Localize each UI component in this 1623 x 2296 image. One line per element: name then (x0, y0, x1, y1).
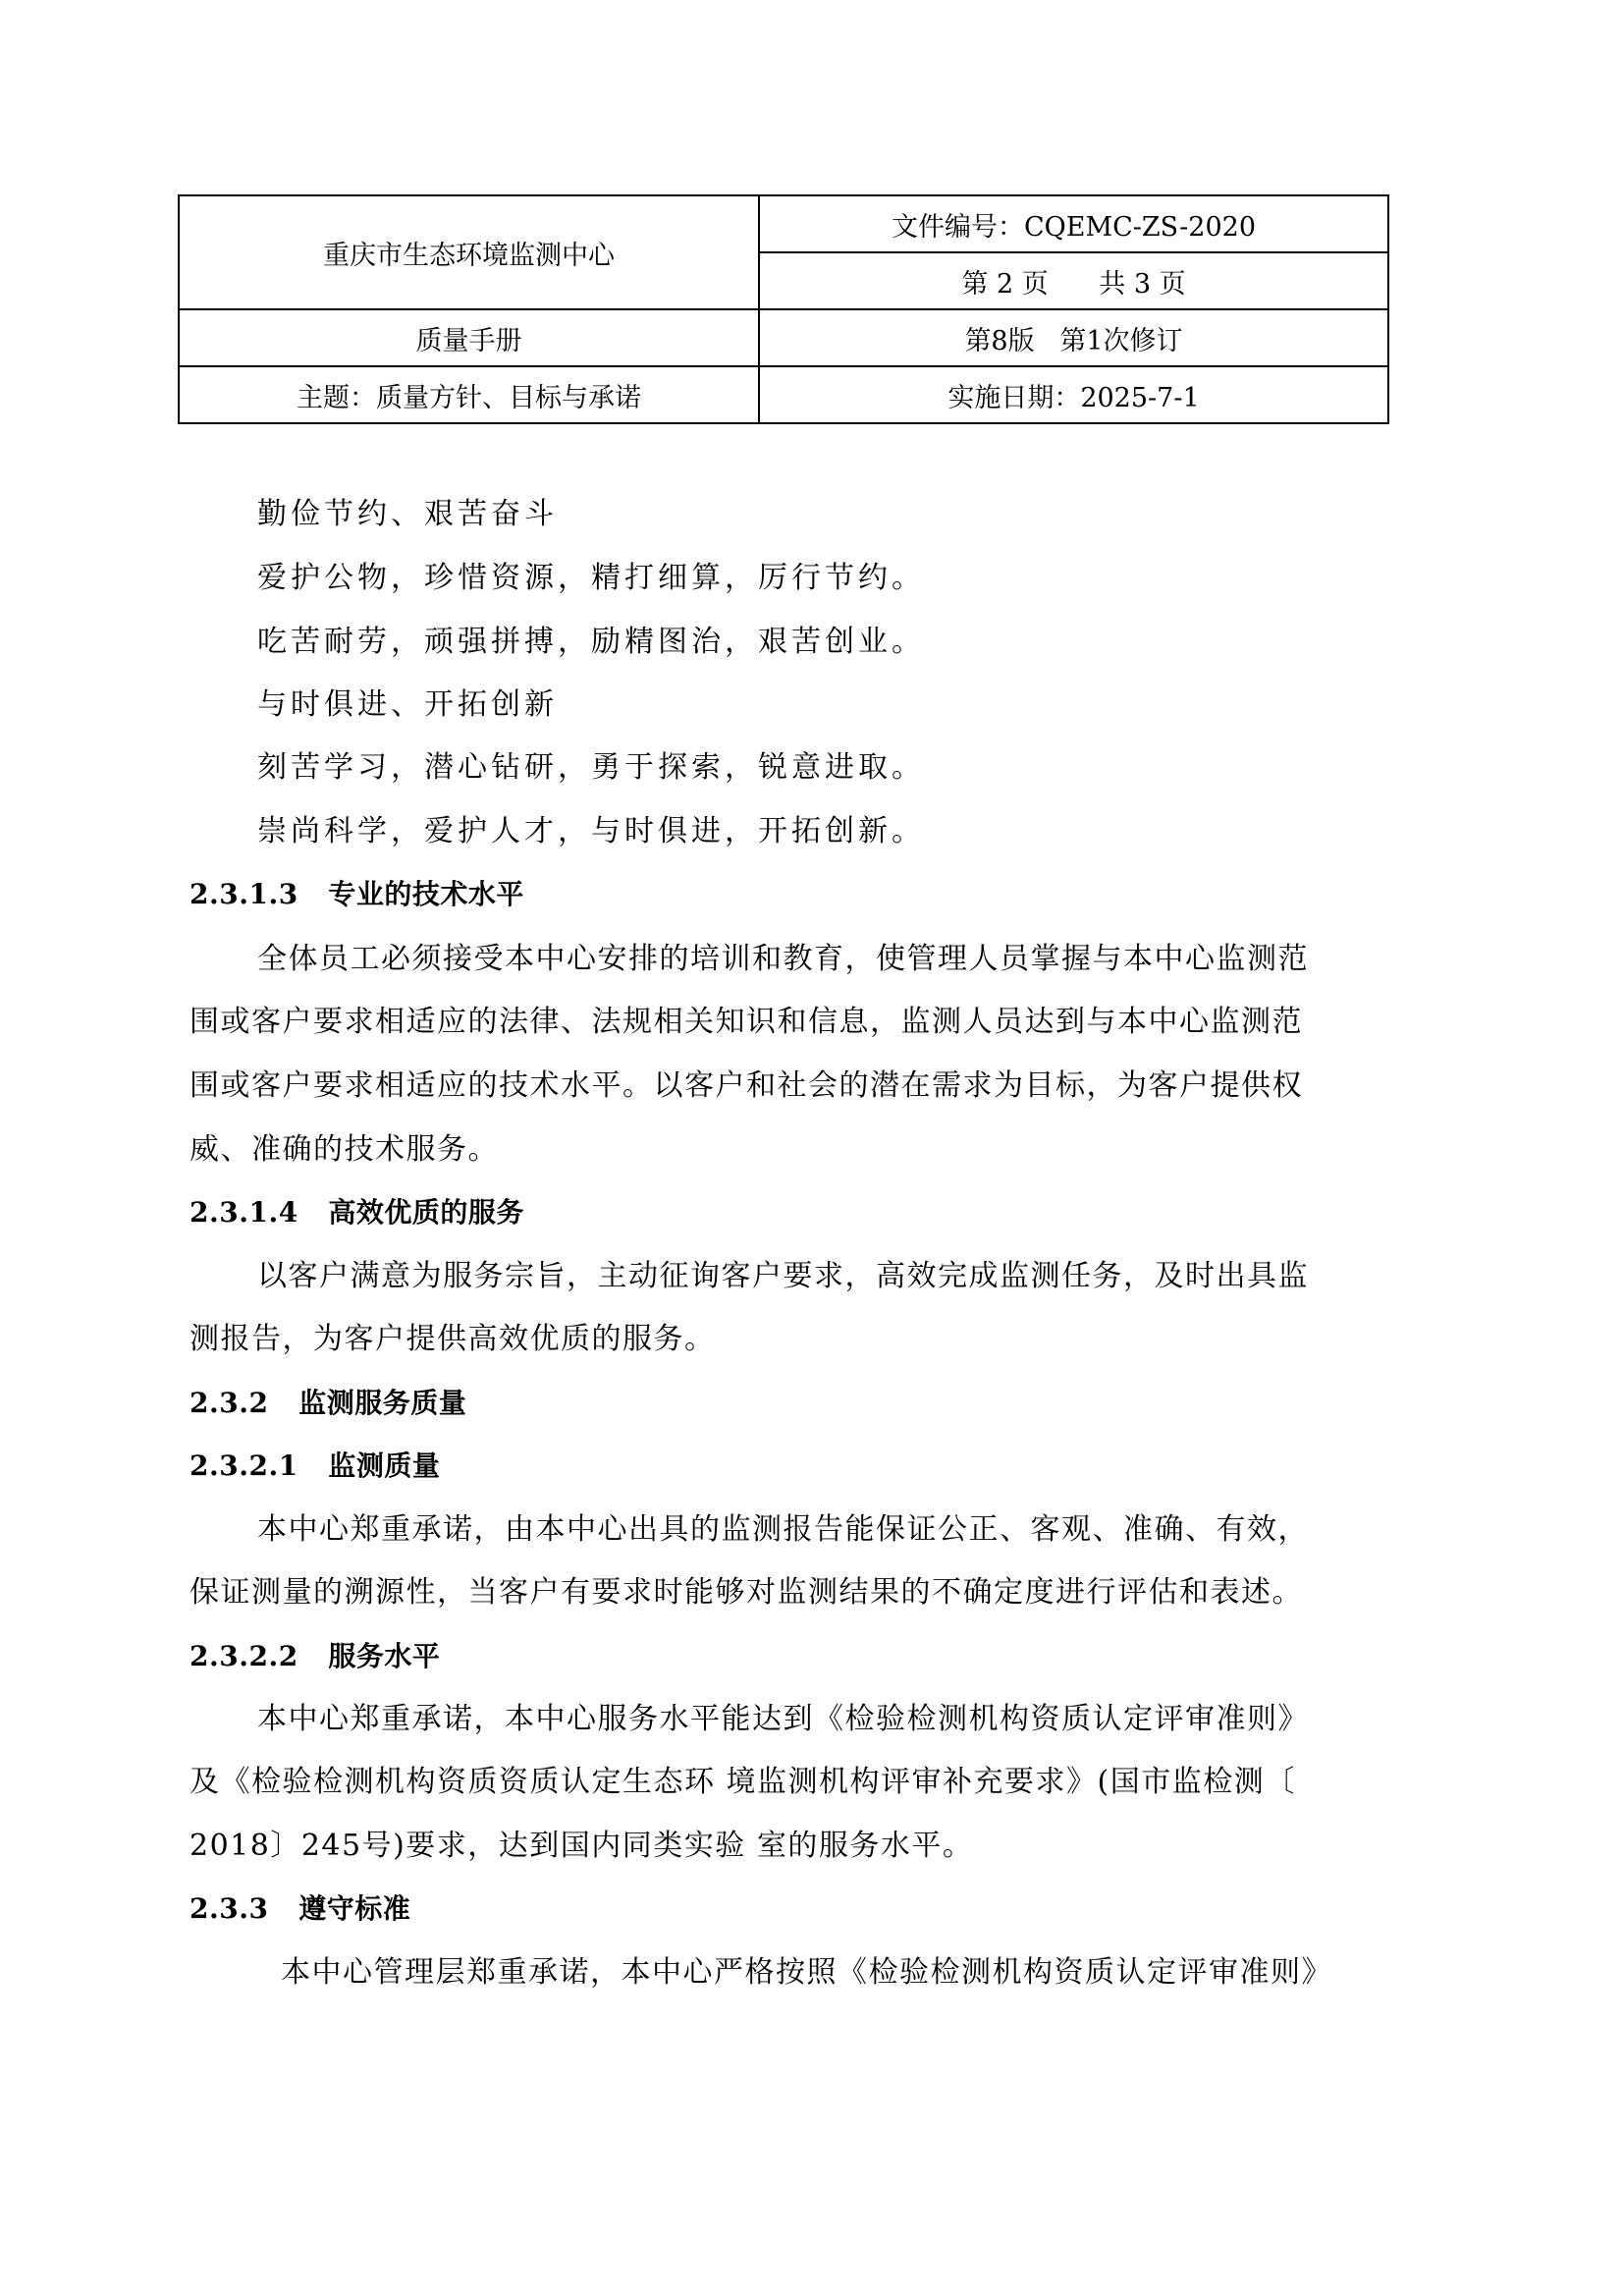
paragraph-line: 威、准确的技术服务。 (189, 1130, 499, 1170)
section-heading-2-3-2-2: 2.3.2.2 服务水平 (189, 1637, 440, 1676)
value-line: 刻苦学习，潜心钻研，勇于探索，锐意进取。 (257, 748, 925, 788)
paragraph-line: 全体员工必须接受本中心安排的培训和教育，使管理人员掌握与本中心监测范 (189, 940, 1309, 979)
paragraph-line: 及《检验检测机构资质资质认定生态环 境监测机构评审补充要求》(国市监检测〔 (189, 1763, 1296, 1802)
document-header-table: 重庆市生态环境监测中心 文件编号：CQEMC-ZS-2020 第 2 页 共 3… (178, 194, 1389, 424)
value-line: 崇尚科学，爱护人才，与时俱进，开拓创新。 (257, 812, 925, 851)
value-line: 吃苦耐劳，顽强拼搏，励精图治，艰苦创业。 (257, 623, 925, 662)
paragraph-line: 测报告，为客户提供高效优质的服务。 (189, 1320, 716, 1359)
paragraph-line: 本中心郑重承诺，本中心服务水平能达到《检验检测机构资质认定评审准则》 (189, 1700, 1309, 1739)
edition-info: 第8版 第1次修订 (759, 309, 1388, 366)
section-heading-2-3-3: 2.3.3 遵守标准 (189, 1889, 410, 1929)
paragraph-line: 本中心管理层郑重承诺，本中心严格按照《检验检测机构资质认定评审准则》 (189, 1953, 1332, 1993)
value-line: 爱护公物，珍惜资源，精打细算，厉行节约。 (257, 559, 925, 598)
effective-date: 实施日期：2025-7-1 (759, 366, 1388, 423)
section-heading-2-3-2-1: 2.3.2.1 监测质量 (189, 1447, 440, 1486)
value-heading-thrift: 勤俭节约、艰苦奋斗 (257, 495, 558, 534)
paragraph-line: 2018〕245号)要求，达到国内同类实验 室的服务水平。 (189, 1827, 973, 1866)
section-heading-2-3-1-3: 2.3.1.3 专业的技术水平 (189, 875, 524, 914)
paragraph-line: 保证测量的溯源性，当客户有要求时能够对监测结果的不确定度进行评估和表述。 (189, 1573, 1303, 1613)
document-number: 文件编号：CQEMC-ZS-2020 (759, 195, 1388, 252)
manual-title: 质量手册 (179, 309, 759, 366)
paragraph-line: 围或客户要求相适应的法律、法规相关知识和信息，监测人员达到与本中心监测范 (189, 1003, 1303, 1042)
value-heading-innovation: 与时俱进、开拓创新 (257, 685, 558, 725)
page-info: 第 2 页 共 3 页 (759, 252, 1388, 309)
section-heading-2-3-1-4: 2.3.1.4 高效优质的服务 (189, 1193, 524, 1232)
organization-name: 重庆市生态环境监测中心 (179, 195, 759, 309)
paragraph-line: 以客户满意为服务宗旨，主动征询客户要求，高效完成监测任务，及时出具监 (189, 1257, 1309, 1296)
paragraph-line: 本中心郑重承诺，由本中心出具的监测报告能保证公正、客观、准确、有效， (189, 1510, 1309, 1550)
subject: 主题：质量方针、目标与承诺 (179, 366, 759, 423)
section-heading-2-3-2: 2.3.2 监测服务质量 (189, 1384, 466, 1423)
paragraph-line: 围或客户要求相适应的技术水平。以客户和社会的潜在需求为目标，为客户提供权 (189, 1066, 1303, 1106)
